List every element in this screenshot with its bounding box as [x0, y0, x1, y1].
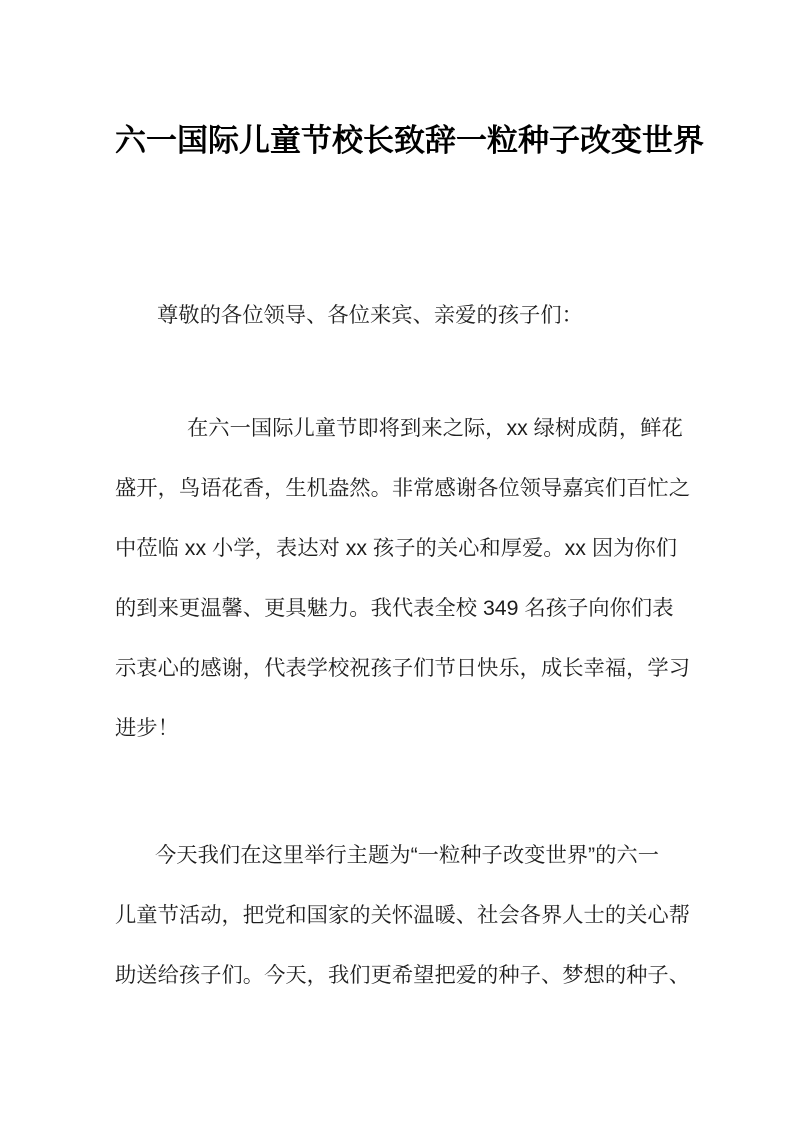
- document-title: 六一国际儿童节校长致辞一粒种子改变世界: [115, 122, 682, 160]
- text-line: 盛开，鸟语花香，生机盎然。非常感谢各位领导嘉宾们百忙之: [115, 458, 682, 518]
- text-line: 助送给孩子们。今天，我们更希望把爱的种子、梦想的种子、: [115, 945, 682, 1005]
- text-line: 中莅临 xx 小学，表达对 xx 孩子的关心和厚爱。xx 因为你们: [115, 518, 682, 578]
- text-line: 在六一国际儿童节即将到来之际，xx 绿树成荫，鲜花: [115, 398, 682, 458]
- text-line: 尊敬的各位领导、各位来宾、亲爱的孩子们：: [115, 285, 682, 345]
- paragraph: 在六一国际儿童节即将到来之际，xx 绿树成荫，鲜花盛开，鸟语花香，生机盎然。非常…: [115, 398, 682, 758]
- text-line: 示衷心的感谢，代表学校祝孩子们节日快乐，成长幸福，学习: [115, 638, 682, 698]
- paragraphs: 尊敬的各位领导、各位来宾、亲爱的孩子们：在六一国际儿童节即将到来之际，xx 绿树…: [115, 285, 682, 1005]
- text-line: 儿童节活动，把党和国家的关怀温暖、社会各界人士的关心帮: [115, 885, 682, 945]
- text-line: 的到来更温馨、更具魅力。我代表全校 349 名孩子向你们表: [115, 578, 682, 638]
- document-body: 尊敬的各位领导、各位来宾、亲爱的孩子们：在六一国际儿童节即将到来之际，xx 绿树…: [115, 285, 682, 1005]
- text-line: 进步！: [115, 698, 682, 758]
- paragraph: 今天我们在这里举行主题为“一粒种子改变世界”的六一儿童节活动，把党和国家的关怀温…: [115, 825, 682, 1005]
- paragraph: 尊敬的各位领导、各位来宾、亲爱的孩子们：: [115, 285, 682, 345]
- text-line: 今天我们在这里举行主题为“一粒种子改变世界”的六一: [115, 825, 682, 885]
- document-page: 六一国际儿童节校长致辞一粒种子改变世界 尊敬的各位领导、各位来宾、亲爱的孩子们：…: [0, 0, 793, 1122]
